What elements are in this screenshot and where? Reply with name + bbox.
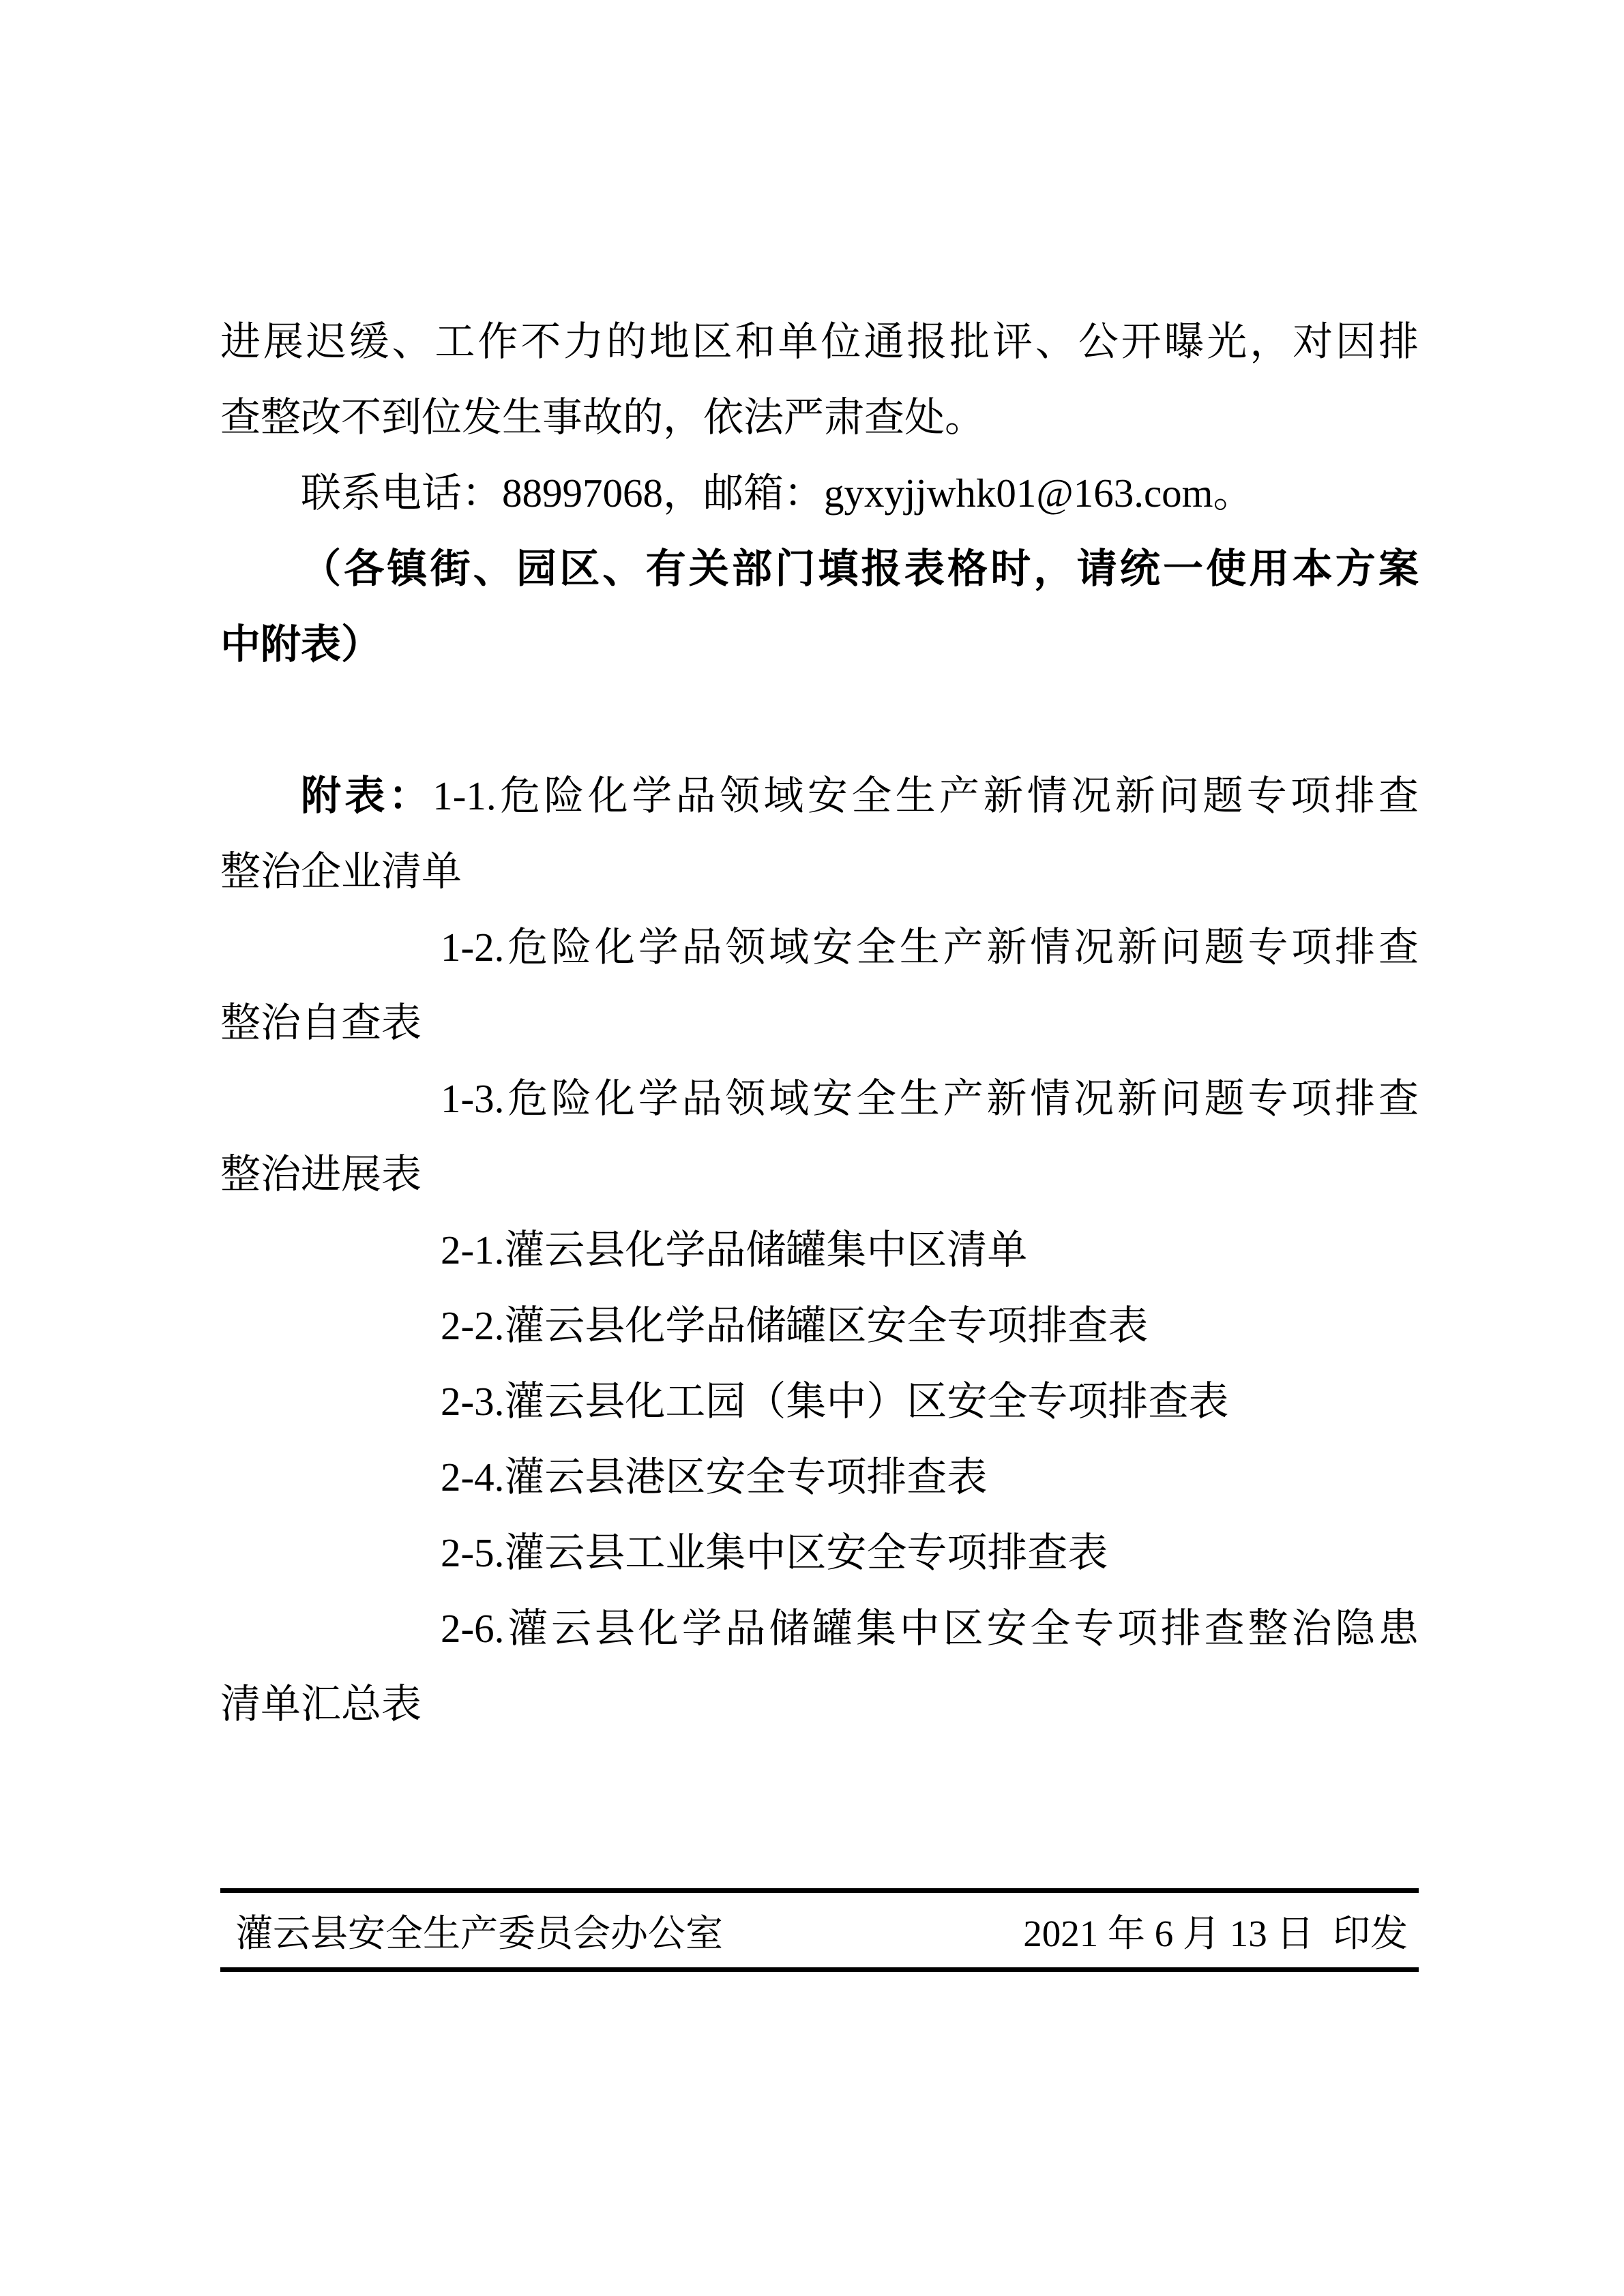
attachment-item-1-2-line-2: 整治自查表 [220,985,1419,1061]
document-body: 进展迟缓、工作不力的地区和单位通报批评、公开曝光，对因排 查整改不到位发生事故的… [220,304,1419,1742]
attachment-item-2-2: 2-2.灌云县化学品储罐区安全专项排查表 [220,1288,1419,1364]
notice-bold-line-1: （各镇街、园区、有关部门填报表格时，请统一使用本方案 [220,531,1419,607]
attachment-item-2-6-line-2: 清单汇总表 [220,1667,1419,1742]
attachment-item-2-4: 2-4.灌云县港区安全专项排查表 [220,1440,1419,1515]
attachment-item-1-3-line-2: 整治进展表 [220,1137,1419,1212]
contact-line: 联系电话：88997068，邮箱：gyxyjjwhk01@163.com。 [220,456,1419,531]
attachment-item-1-2-line-1: 1-2.危险化学品领域安全生产新情况新问题专项排查 [220,910,1419,985]
document-page: 进展迟缓、工作不力的地区和单位通报批评、公开曝光，对因排 查整改不到位发生事故的… [0,0,1624,2296]
attachment-item-1-1-text: 1-1.危险化学品领域安全生产新情况新问题专项排查 [432,773,1419,818]
blank-line [220,683,1419,758]
attachment-item-1-3-line-1: 1-3.危险化学品领域安全生产新情况新问题专项排查 [220,1061,1419,1137]
attachment-item-1-1-line-2: 整治企业清单 [220,834,1419,910]
attachment-item-2-6-line-1: 2-6.灌云县化学品储罐集中区安全专项排查整治隐患 [220,1591,1419,1667]
print-date: 2021 年 6 月 13 日 印发 [1023,1903,1419,1957]
closing-paragraph-line-1: 进展迟缓、工作不力的地区和单位通报批评、公开曝光，对因排 [220,304,1419,380]
attachments-label: 附表： [301,773,432,818]
notice-bold-line-2: 中附表） [220,607,1419,683]
attachment-item-1-1-line-1: 附表：1-1.危险化学品领域安全生产新情况新问题专项排查 [220,758,1419,834]
attachment-item-2-3: 2-3.灌云县化工园（集中）区安全专项排查表 [220,1364,1419,1440]
attachment-item-2-1: 2-1.灌云县化学品储罐集中区清单 [220,1212,1419,1288]
attachment-item-2-5: 2-5.灌云县工业集中区安全专项排查表 [220,1515,1419,1591]
closing-paragraph-line-2: 查整改不到位发生事故的，依法严肃查处。 [220,380,1419,456]
issuing-office: 灌云县安全生产委员会办公室 [220,1903,723,1957]
colophon-footer: 灌云县安全生产委员会办公室 2021 年 6 月 13 日 印发 [220,1888,1419,1972]
